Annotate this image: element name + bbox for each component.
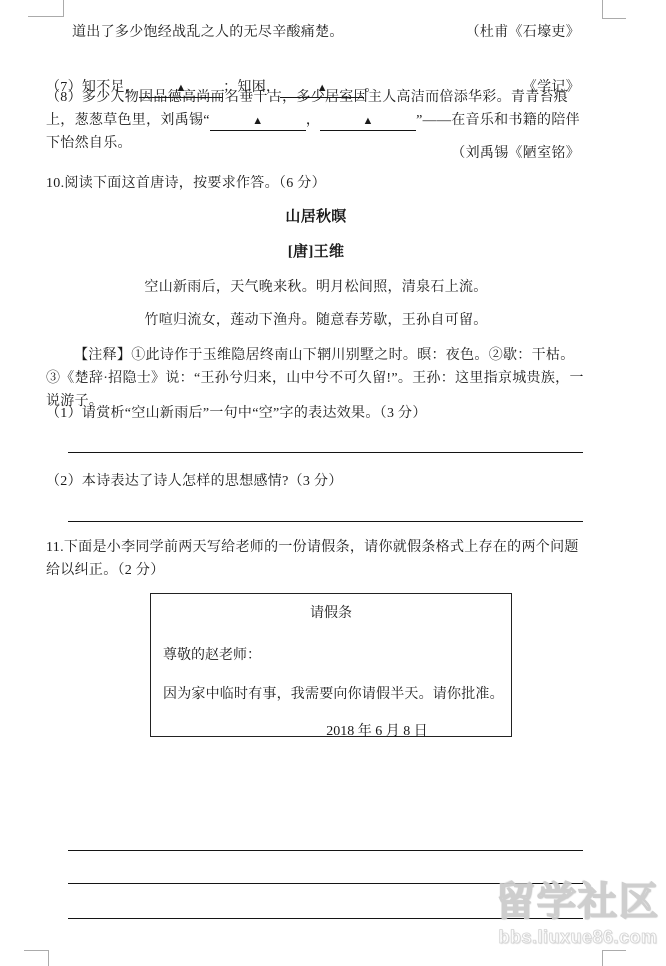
q11-stem: 11.下面是小李同学前两天写给老师的一份请假条，请你就假条格式上存在的两个问题给… (46, 536, 586, 582)
leave-note-date: 2018 年 6 月 8 日 (151, 720, 511, 740)
watermark-site-url: bbs.liuxue86.com (490, 927, 666, 948)
exam-paper-page: 道出了多少饱经战乱之人的无尽辛酸痛楚。 （杜甫《石壕吏》 （7）知不足，▲；知困… (0, 0, 666, 966)
margin-mark-bottom-right-icon (602, 950, 626, 966)
answer-blank: ▲ (320, 113, 416, 131)
margin-mark-top-left-icon (28, 0, 64, 17)
context-source: （杜甫《石壕吏》 (466, 21, 580, 44)
answer-blank: ▲ (210, 113, 306, 131)
q10-sub2: （2）本诗表达了诗人怎样的思想感情?（3 分） (46, 470, 586, 493)
q8-comma: ， (306, 113, 320, 128)
q8-source: （刘禹锡《陋室铭》 (46, 142, 586, 165)
watermark-brand: 留学社区 (490, 882, 666, 925)
q10-stem: 10.阅读下面这首唐诗，按要求作答。（6 分） (46, 172, 586, 195)
poem-line-2: 竹喧归流女，莲动下渔舟。随意春芳歇，王孙自可留。 (46, 309, 586, 332)
answer-line (68, 850, 583, 851)
leave-note-title: 请假条 (151, 602, 511, 622)
poem-line-1: 空山新雨后，天气晚来秋。明月松间照，清泉石上流。 (46, 276, 586, 299)
leave-note-body: 因为家中临时有事，我需要向你请假半天。请你批准。 (163, 683, 511, 703)
poem-author: [唐]王维 (46, 241, 586, 264)
margin-mark-bottom-left-icon (24, 950, 49, 966)
watermark: 留学社区 bbs.liuxue86.com (490, 882, 666, 948)
context-text: 道出了多少饱经战乱之人的无尽辛酸痛楚。 (46, 25, 344, 40)
q10-sub1: （1）请赏析“空山新雨后”一句中“空”字的表达效果。（3 分） (46, 402, 586, 425)
leave-note-card: 请假条 尊敬的赵老师： 因为家中临时有事，我需要向你请假半天。请你批准。 201… (150, 593, 512, 737)
leave-note-salutation: 尊敬的赵老师： (163, 644, 511, 664)
margin-mark-top-right-icon (602, 0, 626, 19)
dictation-context-line: 道出了多少饱经战乱之人的无尽辛酸痛楚。 （杜甫《石壕吏》 (46, 21, 586, 44)
answer-line (68, 521, 583, 522)
answer-line (68, 452, 583, 453)
poem-title: 山居秋暝 (46, 206, 586, 229)
